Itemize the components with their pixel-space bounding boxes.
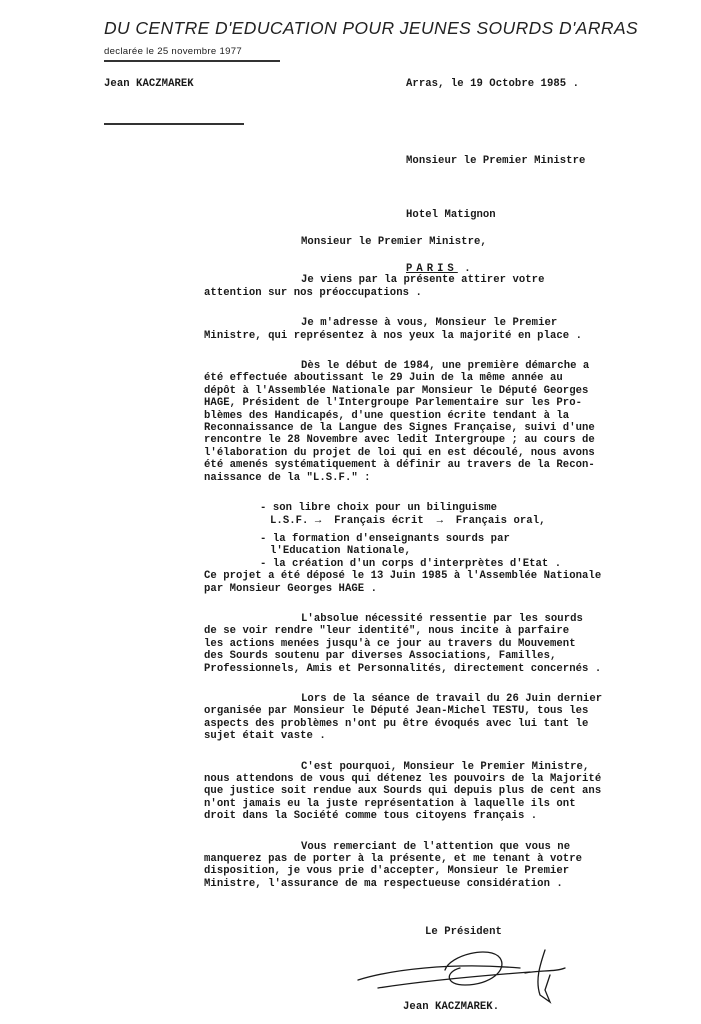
text-line: Professionnels, Amis et Personnalités, d…: [204, 663, 634, 675]
text-line: des Sourds soutenu par diverses Associat…: [204, 650, 634, 662]
list-item: - la création d'un corps d'interprètes d…: [204, 558, 634, 570]
paragraph-4: Ce projet a été déposé le 13 Juin 1985 à…: [204, 570, 634, 595]
text-line: que justice soit rendue aux Sourds qui d…: [204, 785, 634, 797]
letterhead-underline: [104, 60, 280, 62]
text-line: attention sur nos préoccupations .: [204, 287, 634, 299]
text-line: disposition, je vous prie d'accepter, Mo…: [204, 865, 634, 877]
text-line: nous attendons de vous qui détenez les p…: [204, 773, 634, 785]
signature-icon: [350, 930, 570, 1010]
list-item: - la formation d'enseignants sourds par: [204, 533, 634, 545]
text-line: les actions menées jusqu'à ce jour au tr…: [204, 638, 634, 650]
text-line: C'est pourquoi, Monsieur le Premier Mini…: [204, 761, 634, 773]
text-line: Ministre, qui représentez à nos yeux la …: [204, 330, 634, 342]
salutation: Monsieur le Premier Ministre,: [204, 236, 634, 248]
text-line: droit dans la Société comme tous citoyen…: [204, 810, 634, 822]
text-line: n'ont jamais eu la juste représentation …: [204, 798, 634, 810]
letter-body: Monsieur le Premier Ministre, Je viens p…: [204, 236, 634, 890]
letterhead-title: DU CENTRE D'EDUCATION POUR JEUNES SOURDS…: [104, 18, 638, 39]
letterhead-declared-date: declarée le 25 novembre 1977: [104, 46, 242, 57]
text-line: Je m'adresse à vous, Monsieur le Premier: [204, 317, 634, 329]
text-line: Je viens par la présente attirer votre: [204, 274, 634, 286]
text-line: organisée par Monsieur le Député Jean-Mi…: [204, 705, 634, 717]
sender-rule: [104, 123, 244, 125]
text-line: naissance de la "L.S.F." :: [204, 472, 634, 484]
text-line: Vous remerciant de l'attention que vous …: [204, 841, 634, 853]
demands-list: - son libre choix pour un bilinguismeL.S…: [204, 502, 634, 570]
paragraph-1: Je viens par la présente attirer votreat…: [204, 274, 634, 299]
recipient-line-2: Hotel Matignon: [406, 206, 585, 224]
text-line: rencontre le 28 Novembre avec ledit Inte…: [204, 434, 634, 446]
text-line: Ministre, l'assurance de ma respectueuse…: [204, 878, 634, 890]
text-line: Lors de la séance de travail du 26 Juin …: [204, 693, 634, 705]
paragraph-3: Dès le début de 1984, une première démar…: [204, 360, 634, 484]
paragraph-7: C'est pourquoi, Monsieur le Premier Mini…: [204, 761, 634, 823]
text-line: de se voir rendre "leur identité", nous …: [204, 625, 634, 637]
recipient-line-1: Monsieur le Premier Ministre: [406, 152, 585, 170]
text-line: été effectuée aboutissant le 29 Juin de …: [204, 372, 634, 384]
text-line: manquerez pas de porter à la présente, e…: [204, 853, 634, 865]
text-line: blèmes des Handicapés, d'une question éc…: [204, 410, 634, 422]
text-line: L'absolue nécessité ressentie par les so…: [204, 613, 634, 625]
list-item-continuation: l'Education Nationale,: [204, 545, 634, 557]
paragraph-5: L'absolue nécessité ressentie par les so…: [204, 613, 634, 675]
signer-name: Jean KACZMAREK.: [403, 1001, 499, 1013]
paragraph-6: Lors de la séance de travail du 26 Juin …: [204, 693, 634, 743]
text-line: l'élaboration du projet de loi qui en es…: [204, 447, 634, 459]
text-line: été amenés systématiquement à définir au…: [204, 459, 634, 471]
date-place: Arras, le 19 Octobre 1985 .: [406, 78, 579, 90]
text-line: aspects des problèmes n'ont pu être évoq…: [204, 718, 634, 730]
paragraph-8: Vous remerciant de l'attention que vous …: [204, 841, 634, 891]
text-line: Dès le début de 1984, une première démar…: [204, 360, 634, 372]
text-line: dépôt à l'Assemblée Nationale par Monsie…: [204, 385, 634, 397]
text-line: par Monsieur Georges HAGE .: [204, 583, 634, 595]
text-line: Reconnaissance de la Langue des Signes F…: [204, 422, 634, 434]
list-item-continuation: L.S.F. → Français écrit → Français oral,: [204, 515, 634, 527]
paragraph-2: Je m'adresse à vous, Monsieur le Premier…: [204, 317, 634, 342]
text-line: Ce projet a été déposé le 13 Juin 1985 à…: [204, 570, 634, 582]
text-line: HAGE, Président de l'Intergroupe Parleme…: [204, 397, 634, 409]
text-line: sujet était vaste .: [204, 730, 634, 742]
list-item: - son libre choix pour un bilinguisme: [204, 502, 634, 514]
sender-name: Jean KACZMAREK: [104, 78, 194, 90]
